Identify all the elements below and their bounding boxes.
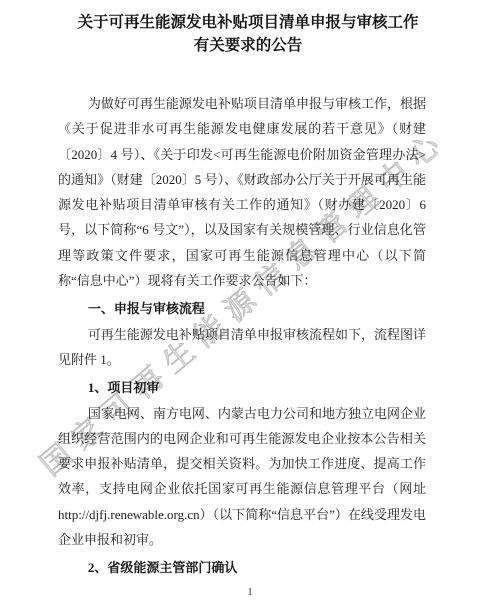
step-1-paragraph: 国家电网、南方电网、内蒙古电力公司和地方独立电网企业组织经营范围内的电网企业和可… (58, 401, 426, 553)
intro-paragraph: 为做好可再生能源发电补贴项目清单申报与审核工作，根据《关于促进非水可再生能源发电… (58, 91, 426, 293)
document-title: 关于可再生能源发电补贴项目清单申报与审核工作 有关要求的公告 (58, 11, 426, 57)
title-line-2: 有关要求的公告 (70, 34, 426, 57)
section-1-heading: 一、申报与审核流程 (58, 296, 426, 321)
step-1-heading: 1、项目初审 (58, 375, 426, 400)
document-content: 关于可再生能源发电补贴项目清单申报与审核工作 有关要求的公告 为做好可再生能源发… (58, 11, 426, 581)
title-line-1: 关于可再生能源发电补贴项目清单申报与审核工作 (70, 11, 426, 34)
process-paragraph: 可再生能源发电补贴项目清单申报审核流程如下，流程图详见附件 1。 (58, 322, 426, 373)
document-page: 国家可再生能源信息管理中心 关于可再生能源发电补贴项目清单申报与审核工作 有关要… (0, 0, 500, 613)
step-2-heading: 2、省级能源主管部门确认 (58, 555, 426, 580)
page-number: 1 (0, 586, 500, 600)
